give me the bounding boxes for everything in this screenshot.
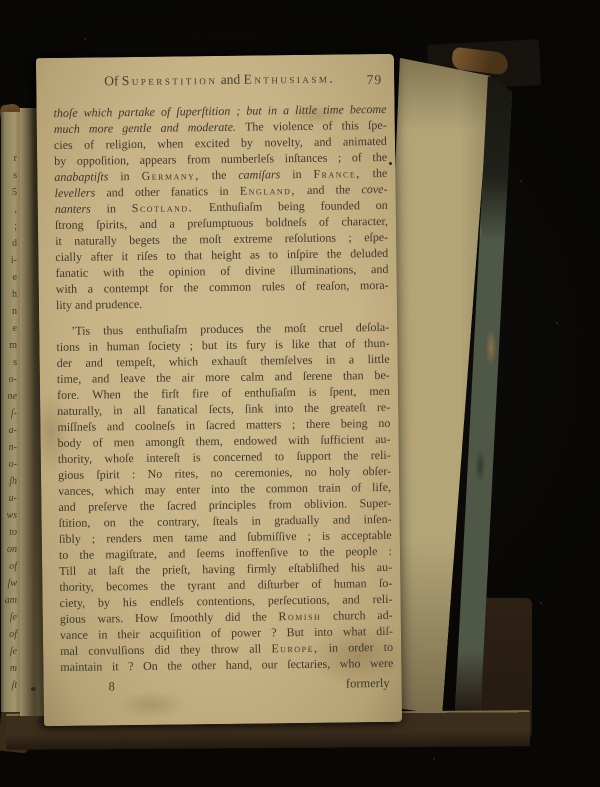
edge-text-fragment: o- [1,456,17,473]
word: they [180,641,201,657]
word: to [166,248,176,264]
word: and [371,261,389,277]
word: from [187,151,211,167]
word: is [322,528,330,544]
word: ciety, [59,595,85,611]
word: tions [56,339,80,355]
word: of [220,263,230,279]
word: naturally, [57,402,102,419]
word: to [269,246,279,262]
word: begets [129,232,160,248]
word: holy [329,463,351,479]
word: camiſars [238,166,280,183]
word: themſelves [260,352,312,369]
word: eſtabliſhed [288,560,339,577]
word: amongſt [145,433,185,449]
word: ſmoothly [170,609,214,626]
word: gious [60,611,86,627]
word: How [135,610,159,626]
word: may [145,482,166,498]
word: the [336,181,351,197]
word: the [373,165,388,181]
word: and [106,184,124,200]
word: oppoſition, [77,152,130,169]
word: other [135,184,160,200]
word: in [98,626,108,642]
word: fire [192,385,209,401]
word: the [129,514,144,530]
word: than [343,367,364,383]
word: obſer- [362,463,391,479]
word: the [134,386,149,402]
edge-text-fragment: n [1,303,17,320]
edge-text-fragment: ; [1,218,17,235]
edge-text-fragment: ſh [1,473,17,490]
text-line: lityandprudence. [56,293,389,313]
word: the [172,231,187,247]
edge-text-fragment: of [1,558,17,575]
word: tame [184,529,208,545]
word: When [92,386,121,402]
word: and [168,545,186,561]
header-segment: Of [104,73,118,88]
word: divine [245,262,275,278]
edge-text-fragment: e [1,320,17,337]
word: little [295,102,317,118]
word: No [147,466,162,482]
word: acceptable [341,527,392,544]
word: hand, [226,657,253,673]
word: leave [120,370,146,386]
word: men [114,434,135,450]
word: violence [273,118,314,134]
word: levellers [54,184,95,200]
word: by [241,135,253,151]
word: ſteals [213,513,239,529]
word: au- [375,431,391,447]
word: firſt [161,385,179,401]
word: eſpe- [364,229,388,245]
word: common [209,279,251,296]
word: ſibly [59,531,81,547]
word: ſtition, [59,515,91,531]
edge-text-fragment: am [1,592,17,609]
word: diſturber [258,576,300,593]
edge-text-fragment: s [1,354,17,371]
word: its [226,337,238,353]
word: for [159,280,173,296]
word: and [228,577,246,593]
word: enter [176,481,200,497]
word: that [184,247,202,263]
edge-text-fragment: e [1,269,17,286]
word: ſectaries, [287,656,330,673]
word: diſ- [376,623,393,639]
word: thoſe [54,105,78,121]
word: of [352,149,362,165]
word: his [351,559,365,575]
word: train [318,480,340,496]
word: and [160,119,178,135]
word: fury [246,336,266,352]
word: moſt [284,320,306,336]
direction-line: 8 formerly [61,675,394,695]
word: human [334,575,367,591]
word: Super- [359,495,391,511]
word: were [370,655,394,671]
edge-text-fragment: 5 [1,184,17,201]
word: that [318,336,336,352]
word: of [211,625,221,641]
word: like [292,336,310,352]
word: being [341,415,368,431]
word: to [275,448,285,464]
word: religion, [105,136,146,152]
word: all [249,641,261,657]
word: the [140,498,155,514]
word: ſociety [148,337,181,353]
book-page: Of Superstition and Enthusiasm. 79 thoſe… [36,54,402,726]
word: who [340,655,361,671]
word: no [210,465,222,481]
word: in [89,338,99,354]
word: time, [57,371,82,387]
word: in [186,417,196,433]
ink-spot [31,687,36,691]
word: nanters [55,201,91,217]
header-segment: Enthusiasm. [243,71,335,87]
word: partake [118,104,155,120]
word: mora- [360,277,389,293]
word: oblivion. [304,495,347,512]
word: in [326,352,336,368]
edge-text-fragment: u- [1,490,17,507]
word: produces [200,321,244,338]
word: rites, [174,465,198,481]
word: the [160,578,175,594]
word: with [288,432,310,448]
edge-text-fragment: r [1,150,17,167]
word: of [93,434,103,450]
word: intereſt [146,449,180,465]
word: Enthuſiaſm [209,198,263,215]
word: contrary, [157,513,199,530]
word: inoffenſive [236,544,289,561]
word: the [212,167,227,183]
word: novelty, [264,134,302,150]
word: wars. [97,610,123,626]
word: of [319,214,329,230]
word: ſink [245,400,264,416]
word: the [139,264,154,280]
word: ſects, [209,401,234,417]
edge-text-fragment: a- [1,422,17,439]
word: Germany, [141,167,200,184]
word: reaſon, [316,277,349,293]
word: ; [292,416,296,432]
word: ; [190,337,194,353]
word: fore. [57,387,80,403]
word: der [57,355,73,371]
page-number: 79 [367,72,383,88]
word: ſerene [303,368,333,384]
word: the [79,547,94,563]
word: ſufficient [320,431,364,448]
word: and [219,529,237,545]
word: it [112,658,119,674]
word: ſpirit [96,466,120,482]
facing-page-edge: rs5,;di-ehnemso-neſ-a-n-o-ſhu-wstoonofſw… [1,112,20,712]
edge-text-fragment: ſe [1,609,17,626]
word: more [205,369,230,385]
word: lity [56,298,72,312]
word: ; [307,528,311,544]
word: the [184,279,199,295]
word: reli- [371,447,391,463]
word: in [251,513,261,529]
word: : [132,466,136,482]
catchword: formerly [346,675,390,692]
edge-text-fragment: o- [1,371,17,388]
word: body [58,435,82,451]
word: common [266,480,308,497]
word: inſtances [285,150,328,167]
word: with [56,281,78,297]
word: it [55,233,62,249]
word: did [154,642,170,658]
word: gradually [274,512,320,529]
word: and [85,354,103,370]
word: animated [343,133,387,150]
word: a [88,281,94,297]
word: by [54,153,66,169]
word: prudence. [95,297,142,312]
header-segment: Superstition [122,72,218,88]
word: be- [374,367,390,383]
word: endowed [234,432,278,449]
word: ſpe- [368,117,387,133]
word: Romish [278,608,321,625]
word: in [106,200,116,216]
word: calm [240,368,264,384]
word: them, [196,433,223,449]
word: and [140,216,158,232]
edge-text-fragment: n- [1,439,17,456]
word: cially [55,249,82,265]
word: the [240,481,255,497]
word: men [153,530,174,546]
word: vances, [58,483,94,499]
book-photograph: rs5,;di-ehnemso-neſ-a-n-o-ſhu-wstoonofſw… [0,0,600,787]
word: is [275,336,283,352]
word: other [191,657,216,673]
word: of [311,576,321,592]
word: more [89,120,113,136]
word: cruel [319,319,343,335]
word: ? [271,624,277,640]
word: The [245,118,264,134]
signature-mark: 8 [109,678,115,694]
word: au- [377,559,393,575]
edge-text-fragment: of [1,626,17,643]
word: no [305,464,317,480]
word: in [219,183,229,199]
word: height [211,247,241,263]
word: becomes [106,578,148,595]
word: throw [211,641,239,657]
word: ; [348,229,352,245]
word: which [105,482,135,498]
word: church [333,607,366,623]
word: acquiſition [149,625,201,642]
word: thority, [58,451,92,467]
word: tyrant [187,577,215,593]
word: laſt [108,562,124,578]
word: thority, [59,579,93,595]
running-head: Of Superstition and Enthusiasm. 79 [53,70,386,96]
word: illuminations, [290,261,357,278]
word: riſes [137,248,158,264]
edge-text-fragment: ws [1,507,17,524]
page-text: thoſewhichpartakeofſuperſtition;butinali… [54,101,394,675]
word: of [84,137,94,153]
word: into [274,400,293,416]
edge-text-fragment: to [1,524,17,541]
edge-text-fragment: ſ- [1,405,17,422]
word: and [58,499,76,515]
word: excited [195,135,230,151]
word: in [329,640,339,656]
word: anabaptiſts [54,168,108,185]
word: in [292,166,302,182]
word: character, [341,213,388,230]
word: ſpirits, [96,216,127,232]
word: which [169,353,199,369]
word: the [344,447,359,463]
edge-text-fragment: ſw [1,575,17,592]
word: mal [60,643,78,659]
word: ceremonies, [235,464,293,481]
word: and [333,511,351,527]
word: tempeſt, [116,354,155,370]
word: inſen- [363,511,391,527]
word: thus [103,322,123,338]
word: gious [58,467,84,483]
word: naturally [74,232,117,249]
word: their [117,626,139,642]
word: is [193,449,201,465]
word: a [169,216,175,232]
word: in [113,402,123,418]
word: cies [54,137,73,153]
edge-text-fragment: h [1,286,17,303]
word: numberleſs [221,150,275,167]
word: Europe, [271,640,318,657]
word: fanatic [55,265,88,281]
word: people [345,543,377,559]
word: with [103,264,125,280]
word: fanatics [171,183,209,199]
word: coolneſs [135,418,175,434]
word: ſuperſtition [176,103,230,120]
word: and [275,368,293,384]
word: time [323,101,344,117]
word: Scotland. [132,199,194,216]
word: air [182,369,195,385]
word: thun- [364,335,390,351]
word: when [157,135,183,151]
word: become [350,101,387,117]
word: this [341,117,359,133]
edge-text-fragment: s [1,167,17,184]
word: and [314,134,332,150]
word: firmly [247,560,277,576]
word: to [384,639,394,655]
word: and [342,591,360,607]
word: ſacred [167,497,197,513]
word: reſolutions [285,230,337,247]
word: did [225,609,241,625]
word: France, [313,165,360,182]
word: perſecutions, [268,592,330,609]
word: extreme [234,230,273,246]
word: of [351,479,361,495]
word: prieſt, [162,561,191,577]
dust-speck [84,38,86,40]
word: England, [240,182,296,199]
word: all [133,402,145,418]
edge-text-fragment: d [1,235,17,252]
word: contentions, [197,593,256,610]
word: ; [338,149,342,165]
word: there [306,416,330,432]
word: the [167,657,182,673]
word: power [231,625,261,641]
word: ſacred [206,417,236,433]
dust-speck [520,180,522,182]
word: the [372,149,387,165]
running-head-title: Of Superstition and Enthusiasm. [104,71,335,89]
word: enthuſiaſm [136,321,188,338]
word: on [104,514,116,530]
word: founded [320,197,360,213]
edge-text-fragment: on [1,541,17,558]
word: deſola- [356,319,390,335]
word: moſt [199,231,221,247]
word: after [91,248,113,264]
word: the [327,245,342,261]
word: enthuſiaſm [244,384,296,401]
word: But [287,624,305,640]
word: and [92,370,110,386]
dust-speck [433,758,435,760]
word: in [120,168,130,184]
word: much [54,121,80,137]
word: fanatical [156,401,198,418]
word: inſpire [287,246,319,262]
word: from [268,496,292,512]
word: greateſt [330,399,366,415]
word: exhauſt [212,353,248,369]
word: as [250,246,260,262]
word: the [304,400,319,416]
word: of [296,278,306,294]
edge-text-fragment: m [1,660,17,677]
word: by [98,594,110,610]
edge-text-fragment: ſt [1,677,17,694]
word: ſtrong [55,217,84,233]
word: and [307,182,325,198]
